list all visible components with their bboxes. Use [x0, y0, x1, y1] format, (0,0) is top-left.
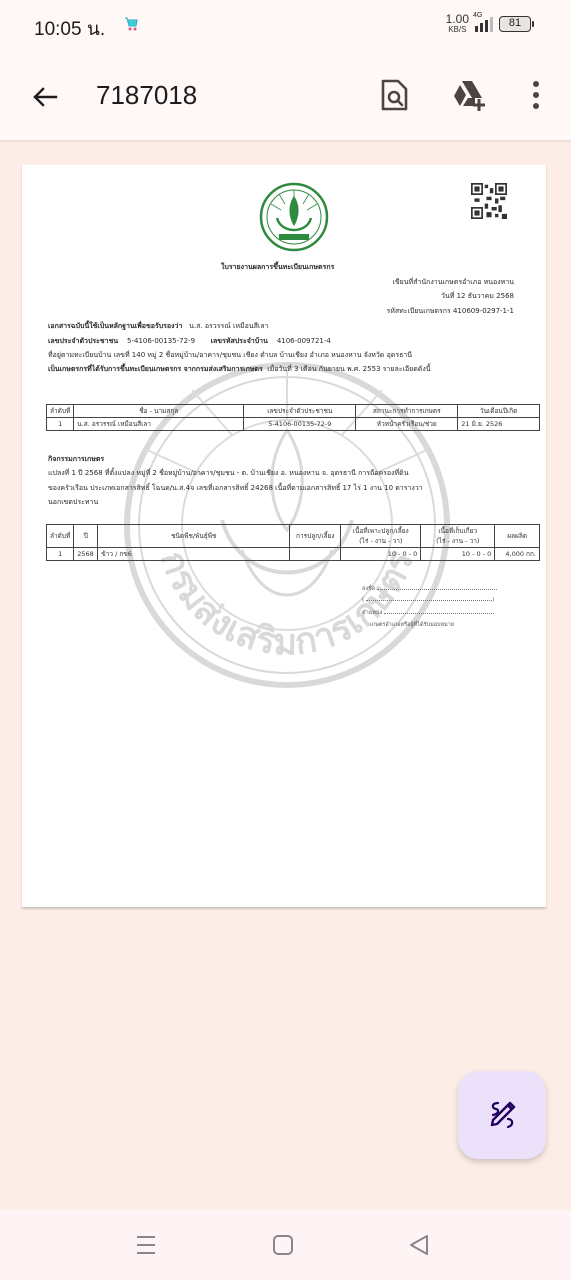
shopping-cart-icon — [124, 16, 138, 32]
pdf-viewer[interactable]: กรมส่งเสริมการเกษตร — [0, 140, 571, 1210]
drive-add-icon[interactable] — [451, 77, 487, 113]
written-at: เขียนที่สำนักงานเกษตรอำเภอ หนองหาน — [392, 277, 514, 288]
crops-table: ลำดับที่ ปี ชนิดพืช/พันธุ์พืช การปลูก/เล… — [46, 524, 540, 561]
document-page: กรมส่งเสริมการเกษตร — [22, 165, 546, 907]
document-search-icon[interactable] — [377, 77, 413, 113]
document-title: 7187018 — [96, 80, 197, 111]
farmer-registration-code: รหัสทะเบียนเกษตรกร 410609-0297-1-1 — [386, 306, 514, 317]
id-line: เลขประจำตัวประชาชน 5-4106-00135-72-9 เลข… — [48, 336, 331, 347]
app-bar: 7187018 — [0, 54, 571, 140]
status-time: 10:05 น. — [34, 14, 105, 44]
signature-position-line: ตำแหน่ง — [362, 609, 494, 617]
pen-annotate-icon — [486, 1099, 518, 1131]
household-members-table: ลำดับที่ ชื่อ - นามสกุล เลขประจำตัวประชา… — [46, 404, 540, 431]
more-vertical-icon[interactable] — [520, 77, 552, 113]
status-indicators: 1.00 KB/S 4G 81 — [446, 14, 531, 34]
svg-text:กรมส่งเสริมการเกษตร: กรมส่งเสริมการเกษตร — [152, 545, 422, 663]
menu-lines-icon[interactable] — [133, 1232, 159, 1258]
activity-line: นอกเขตประทาน — [48, 497, 98, 508]
signal-strength-icon: 4G — [475, 16, 493, 32]
triangle-back-icon[interactable] — [406, 1232, 432, 1258]
arrow-left-icon[interactable] — [30, 82, 60, 112]
signature-name-line: () — [362, 597, 494, 603]
certify-line: เอกสารฉบับนี้ใช้เป็นหลักฐานเพื่อขอรับรอง… — [48, 321, 268, 332]
issue-date: วันที่ 12 ธันวาคม 2568 — [441, 291, 514, 302]
activity-heading: กิจกรรมการเกษตร — [48, 454, 104, 465]
status-bar: 10:05 น. 1.00 KB/S 4G 81 — [0, 0, 571, 54]
network-speed: 1.00 KB/S — [446, 14, 469, 34]
department-seal-logo — [259, 182, 329, 252]
qr-code — [471, 183, 507, 219]
table-row: 1 น.ส. อรวรรณ์ เหมือนสีเลา 5-4106-00135-… — [47, 418, 540, 431]
address-line: ที่อยู่ตามทะเบียนบ้าน เลขที่ 140 หมู่ 2 … — [48, 350, 412, 361]
square-home-icon[interactable] — [270, 1232, 296, 1258]
activity-line: แปลงที่ 1 ปี 2568 ที่ตั้งแปลง หมู่ที่ 2 … — [48, 468, 408, 479]
activity-line: ของครัวเรือน ประเภทเอกสารสิทธิ์ โฉนด/น.ส… — [48, 483, 423, 494]
annotate-button[interactable] — [458, 1071, 546, 1159]
document-heading: ใบรายงานผลการขึ้นทะเบียนเกษตรกร — [221, 262, 334, 273]
registration-line: เป็นเกษตรกรที่ได้รับการขึ้นทะเบียนเกษตรก… — [48, 364, 431, 375]
battery-icon: 81 — [499, 16, 531, 32]
system-navigation-bar — [0, 1210, 571, 1280]
signature-role: เกษตรอำเภอหรือผู้ที่ได้รับมอบหมาย — [370, 621, 454, 629]
signature-line: ลงชื่อ — [362, 585, 497, 593]
table-row: 1 2568 ข้าว / กข6 10 - 0 - 0 10 - 0 - 0 … — [47, 548, 540, 561]
